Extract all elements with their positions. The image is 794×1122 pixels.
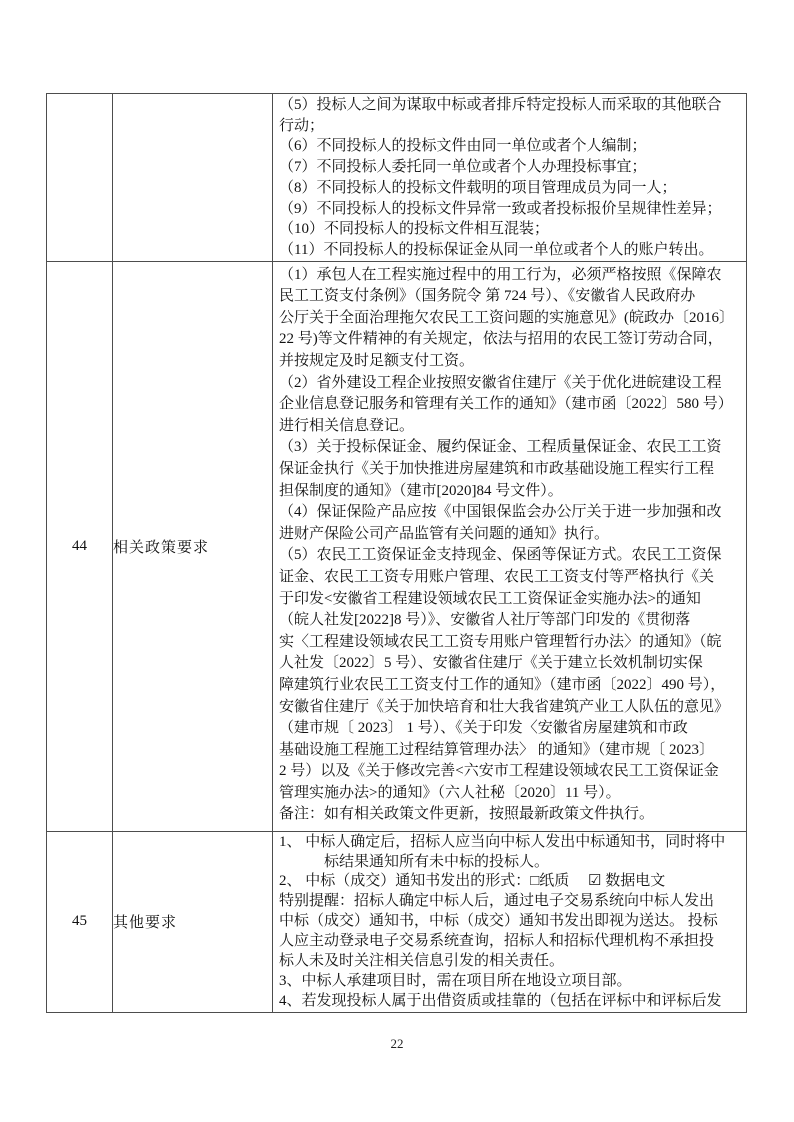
- text-line: （8）不同投标人的投标文件载明的项目管理成员为同一人；: [279, 178, 744, 199]
- requirements-table: （5）投标人之间为谋取中标或者排斥特定投标人而采取的其他联合行动；（6）不同投标…: [46, 93, 747, 1013]
- row-number-cell: 45: [47, 831, 113, 1012]
- text-line: （11）不同投标人的投标保证金从同一单位或者个人的账户转出。: [279, 240, 744, 261]
- text-line: 4、若发现投标人属于出借资质或挂靠的（包括在评标中和评标后发: [279, 992, 744, 1012]
- text-line: 保证金执行《关于加快推进房屋建筑和市政基础设施工程实行工程: [279, 459, 744, 481]
- text-line: 障建筑行业农民工工资支付工作的通知》（建市函〔2022〕490 号），: [279, 675, 744, 697]
- text-line: 安徽省住建厅《关于加快培育和壮大我省建筑产业工人队伍的意见》: [279, 697, 744, 719]
- text-line: 担保制度的通知》（建市[2020]84 号文件）。: [279, 481, 744, 503]
- text-line: （皖人社发[2022]8 号）》、安徽省人社厅等部门印发的《贯彻落: [279, 610, 744, 632]
- text-line: 基础设施工程施工过程结算管理办法〉 的通知》（建市规〔 2023〕: [279, 740, 744, 762]
- text-line: 行动；: [279, 116, 744, 137]
- text-line: 2 号）以及《关于修改完善<六安市工程建设领域农民工工资保证金: [279, 761, 744, 783]
- table-row-44: 44 相关政策要求 （1）承包人在工程实施过程中的用工行为，必须严格按照《保障农…: [47, 261, 747, 831]
- row-content-cell: （1）承包人在工程实施过程中的用工行为，必须严格按照《保障农民工工资支付条例》（…: [273, 261, 747, 831]
- text-line: （建市规〔 2023〕 1 号）、《关于印发〈安徽省房屋建筑和市政: [279, 718, 744, 740]
- text-line: 企业信息登记服务和管理有关工作的通知》（建市函〔2022〕580 号）: [279, 394, 744, 416]
- text-line: 3、中标人承建项目时，需在项目所在地设立项目部。: [279, 972, 744, 992]
- text-line: 于印发<安徽省工程建设领域农民工工资保证金实施办法>的通知: [279, 589, 744, 611]
- row-content-cell: （5）投标人之间为谋取中标或者排斥特定投标人而采取的其他联合行动；（6）不同投标…: [273, 94, 747, 262]
- text-line: 进财产保险公司产品监管有关问题的通知》执行。: [279, 524, 744, 546]
- row-number-cell: [47, 94, 113, 262]
- text-line: 并按规定及时足额支付工资。: [279, 351, 744, 373]
- row-content-cell: 1、 中标人确定后，招标人应当向中标人发出中标通知书，同时将中 标结果通知所有未…: [273, 831, 747, 1012]
- text-line: 1、 中标人确定后，招标人应当向中标人发出中标通知书，同时将中: [279, 833, 744, 853]
- content-lines: （5）投标人之间为谋取中标或者排斥特定投标人而采取的其他联合行动；（6）不同投标…: [273, 94, 746, 261]
- text-line: 证金、农民工工资专用账户管理、农民工工资支付等严格执行《关: [279, 567, 744, 589]
- row-label-cell: 其他要求: [113, 831, 273, 1012]
- text-line: 人社发〔2022〕5 号）、安徽省住建厅《关于建立长效机制切实保: [279, 653, 744, 675]
- text-line: 人应主动登录电子交易系统查询，招标人和招标代理机构不承担投: [279, 932, 744, 952]
- text-line: （9）不同投标人的投标文件异常一致或者投标报价呈规律性差异；: [279, 199, 744, 220]
- text-line: 标人未及时关注相关信息引发的相关责任。: [279, 952, 744, 972]
- text-line: 管理实施办法>的通知》（六人社秘〔2020〕11 号）。: [279, 783, 744, 805]
- text-line: （3）关于投标保证金、履约保证金、工程质量保证金、农民工工资: [279, 437, 744, 459]
- page-number: 22: [0, 1036, 794, 1052]
- text-line: 实〈工程建设领域农民工工资专用账户管理暂行办法〉的通知》（皖: [279, 632, 744, 654]
- text-line: （5）投标人之间为谋取中标或者排斥特定投标人而采取的其他联合: [279, 95, 744, 116]
- text-line: 22 号)等文件精神的有关规定，依法与招用的农民工签订劳动合同，: [279, 329, 744, 351]
- text-line: （2）省外建设工程企业按照安徽省住建厅《关于优化进皖建设工程: [279, 373, 744, 395]
- text-line: （4）保证保险产品应按《中国银保监会办公厅关于进一步加强和改: [279, 502, 744, 524]
- text-line: 2、 中标（成交）通知书发出的形式：□纸质 ☑ 数据电文: [279, 872, 744, 892]
- text-line: 备注：如有相关政策文件更新，按照最新政策文件执行。: [279, 804, 744, 826]
- text-line: （10）不同投标人的投标文件相互混装；: [279, 219, 744, 240]
- text-line: 进行相关信息登记。: [279, 416, 744, 438]
- row-label-cell: [113, 94, 273, 262]
- content-lines: （1）承包人在工程实施过程中的用工行为，必须严格按照《保障农民工工资支付条例》（…: [273, 262, 746, 826]
- text-line: 中标（成交）通知书，中标（成交）通知书发出即视为送达。 投标: [279, 912, 744, 932]
- text-line: 特别提醒：招标人确定中标人后，通过电子交易系统向中标人发出: [279, 892, 744, 912]
- row-label-cell: 相关政策要求: [113, 261, 273, 831]
- table-row-continuation: （5）投标人之间为谋取中标或者排斥特定投标人而采取的其他联合行动；（6）不同投标…: [47, 94, 747, 262]
- text-line: （1）承包人在工程实施过程中的用工行为，必须严格按照《保障农: [279, 265, 744, 287]
- text-line: 民工工资支付条例》（国务院令 第 724 号）、《安徽省人民政府办: [279, 286, 744, 308]
- text-line: 标结果通知所有未中标的投标人。: [279, 853, 744, 873]
- text-line: （7）不同投标人委托同一单位或者个人办理投标事宜；: [279, 157, 744, 178]
- content-lines: 1、 中标人确定后，招标人应当向中标人发出中标通知书，同时将中 标结果通知所有未…: [273, 832, 746, 1012]
- text-line: （6）不同投标人的投标文件由同一单位或者个人编制；: [279, 136, 744, 157]
- text-line: （5）农民工工资保证金支持现金、保函等保证方式。农民工工资保: [279, 545, 744, 567]
- table-row-45: 45 其他要求 1、 中标人确定后，招标人应当向中标人发出中标通知书，同时将中 …: [47, 831, 747, 1012]
- row-number-cell: 44: [47, 261, 113, 831]
- document-page: （5）投标人之间为谋取中标或者排斥特定投标人而采取的其他联合行动；（6）不同投标…: [0, 0, 794, 1122]
- text-line: 公厅关于全面治理拖欠农民工工资问题的实施意见》(皖政办〔2016〕: [279, 308, 744, 330]
